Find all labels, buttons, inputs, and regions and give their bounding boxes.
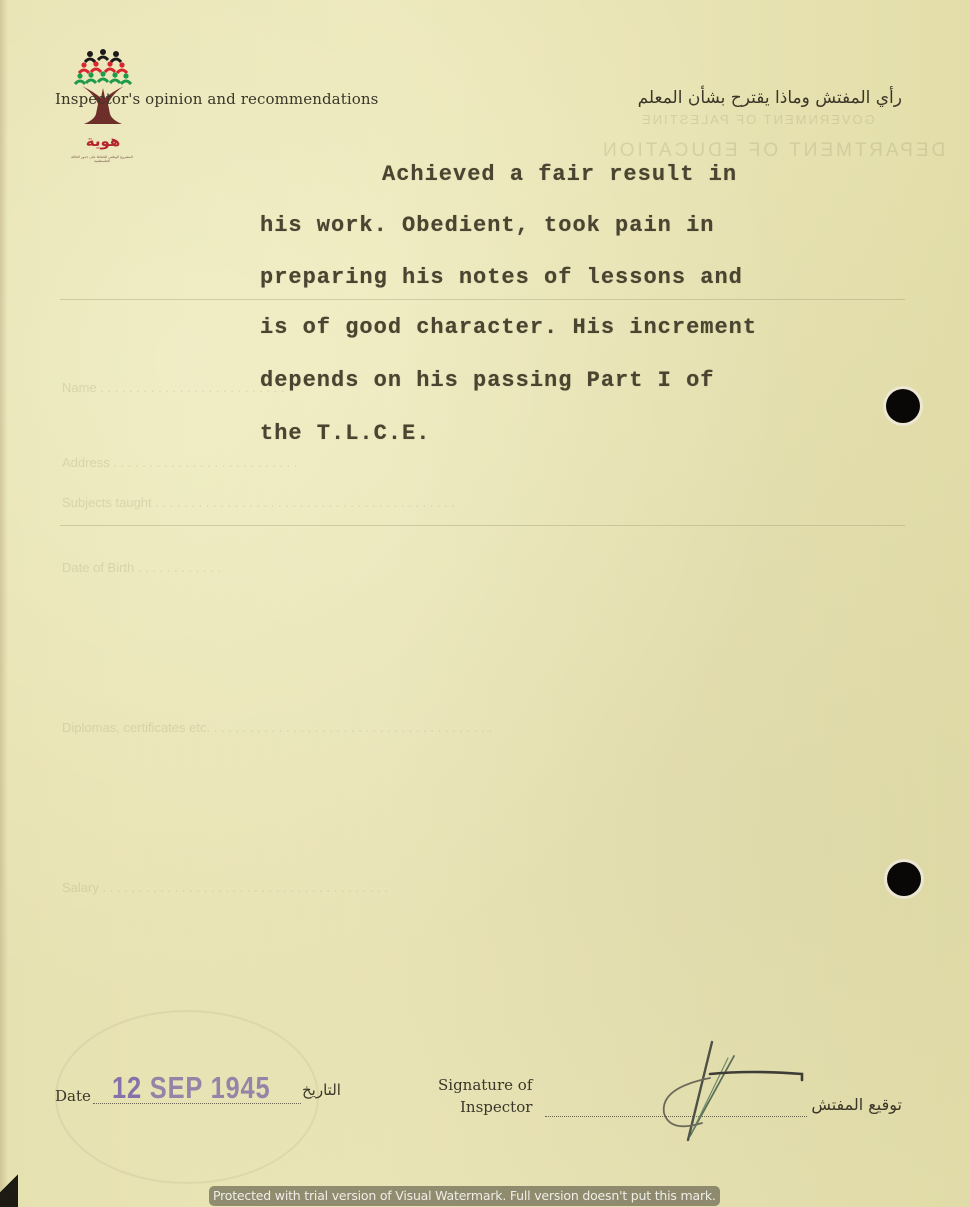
logo-title: هوية <box>86 132 121 150</box>
signature-label: Signature of Inspector <box>438 1074 532 1118</box>
punch-hole <box>887 862 921 896</box>
signature-label-line1: Signature of <box>438 1074 532 1096</box>
date-stamp: 12 SEP 1945 <box>112 1070 270 1106</box>
tree-logo-icon: هوية <box>72 48 134 168</box>
paper-edge-shadow <box>0 0 8 1207</box>
typed-remark-line: preparing his notes of lessons and <box>260 265 743 290</box>
typed-remark-line: his work. Obedient, took pain in <box>260 213 714 238</box>
header-arabic: رأي المفتش وماذا يقترح بشأن المعلم <box>638 88 902 108</box>
trial-watermark: Protected with trial version of Visual W… <box>209 1186 720 1206</box>
bleed-through-rule <box>60 299 905 300</box>
punch-hole <box>886 389 920 423</box>
date-stamp-day: 12 <box>112 1070 142 1105</box>
signature-label-line2: Inspector <box>438 1096 532 1118</box>
typed-remark-line: depends on his passing Part I of <box>260 368 714 393</box>
typed-remark-line: is of good character. His increment <box>260 315 757 340</box>
date-label: Date <box>55 1087 91 1105</box>
header-english: Inspector's opinion and recommendations <box>55 90 378 108</box>
date-stamp-month: SEP <box>150 1070 203 1105</box>
bleed-through-rule <box>60 525 905 526</box>
signature-label-arabic: توقيع المفتش <box>811 1095 902 1114</box>
logo-caption: المشروع الوطني للحفاظ على جذور العائلة ا… <box>70 155 134 163</box>
date-stamp-year: 1945 <box>211 1070 271 1105</box>
scan-corner-shadow <box>0 1170 18 1207</box>
typed-remark-line: Achieved a fair result in <box>382 162 737 187</box>
date-label-arabic: التاريخ <box>302 1081 341 1099</box>
handwritten-signature <box>650 1038 820 1148</box>
typed-remark-line: the T.L.C.E. <box>260 421 430 446</box>
